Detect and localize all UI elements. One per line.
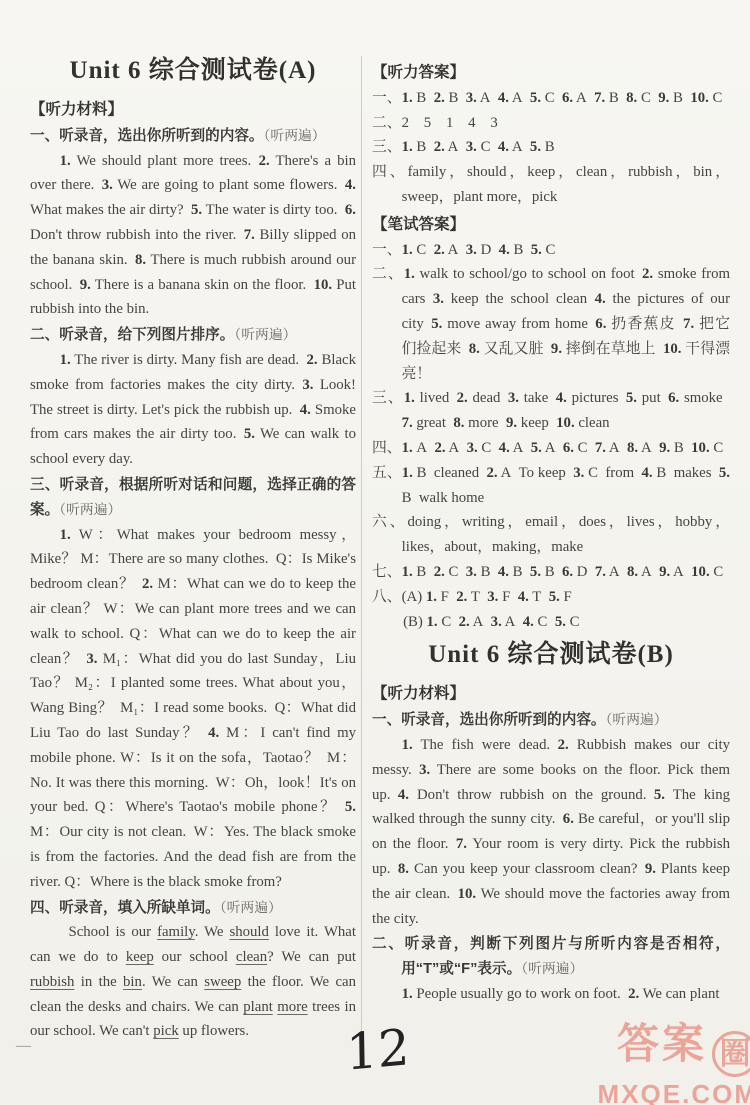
left-block-5-para: 1. The river is dirty. Many fish are dea…	[30, 348, 356, 472]
right-block-2-ans: 二、2 5 1 4 3	[372, 111, 730, 136]
handwritten-page-number: 12	[346, 1021, 410, 1079]
watermark-site-text: MXQE.COM	[598, 1081, 750, 1105]
watermark-brand: 答案圈	[598, 1023, 750, 1077]
left-column: Unit 6 综合测试卷(A)【听力材料】一、听录音，选出你所听到的内容。（听两…	[30, 50, 356, 1044]
left-block-2-sec: 一、听录音，选出你所听到的内容。（听两遍）	[30, 124, 356, 149]
left-block-1-bracket: 【听力材料】	[30, 98, 356, 123]
right-block-13-ans: 八、(A) 1. F 2. T 3. F 4. T 5. F	[372, 585, 730, 610]
right-block-20-para: 1. People usually go to work on foot. 2.…	[372, 982, 730, 1007]
right-block-1-ans: 一、1. B 2. B 3. A 4. A 5. C 6. A 7. B 8. …	[372, 86, 730, 111]
right-block-11-ans: 六、doing，writing，email，does，lives，hobby，l…	[372, 510, 730, 560]
left-block-8-sec: 四、听录音，填入所缺单词。（听两遍）	[30, 896, 356, 921]
left-block-7-para: 1. W：What makes your bedroom messy，Mike？…	[30, 523, 356, 895]
watermark-brand-text: 答案	[617, 1020, 707, 1067]
watermark-circle-character: 圈	[712, 1031, 750, 1077]
right-block-10-ans: 五、1. B cleaned 2. A To keep 3. C from 4.…	[372, 461, 730, 511]
right-block-14-anscont: (B) 1. C 2. A 3. A 4. C 5. C	[372, 610, 730, 635]
right-block-0-bracket: 【听力答案】	[372, 61, 730, 86]
right-block-9-ans: 四、1. A 2. A 3. C 4. A 5. A 6. C 7. A 8. …	[372, 436, 730, 461]
left-block-4-sec: 二、听录音，给下列图片排序。（听两遍）	[30, 323, 356, 348]
left-block-6-sec: 三、听录音，根据所听对话和问题，选择正确的答案。（听两遍）	[30, 473, 356, 523]
watermark-logo: 答案圈 MXQE.COM	[598, 1023, 750, 1105]
left-block-3-para: 1. We should plant more trees. 2. There'…	[30, 149, 356, 323]
right-block-17-sec: 一、听录音，选出你所听到的内容。（听两遍）	[372, 708, 730, 733]
right-block-8-ans: 三、1. lived 2. dead 3. take 4. pictures 5…	[372, 386, 730, 436]
right-block-15-title: Unit 6 综合测试卷(B)	[372, 638, 730, 672]
right-block-4-ans: 四、family，should，keep，clean，rubbish，bin，s…	[372, 160, 730, 210]
right-block-5-bracket: 【笔试答案】	[372, 213, 730, 238]
left-block-9-para2: School is our family. We should love it.…	[30, 920, 356, 1044]
right-block-18-para: 1. The fish were dead. 2. Rubbish makes …	[372, 733, 730, 931]
right-block-7-ans: 二、1. walk to school/go to school on foot…	[372, 262, 730, 386]
right-block-19-sechang: 二、听录音，判断下列图片与所听内容是否相符，用“T”或“F”表示。（听两遍）	[372, 932, 730, 982]
right-block-16-bracket: 【听力材料】	[372, 682, 730, 707]
column-divider-line	[361, 56, 362, 1044]
margin-mark: —	[16, 1038, 31, 1055]
right-column: 【听力答案】一、1. B 2. B 3. A 4. A 5. C 6. A 7.…	[372, 58, 730, 1007]
left-block-0-title: Unit 6 综合测试卷(A)	[30, 54, 356, 88]
right-block-12-ans: 七、1. B 2. C 3. B 4. B 5. B 6. D 7. A 8. …	[372, 560, 730, 585]
right-block-3-ans: 三、1. B 2. A 3. C 4. A 5. B	[372, 135, 730, 160]
right-block-6-ans: 一、1. C 2. A 3. D 4. B 5. C	[372, 238, 730, 263]
